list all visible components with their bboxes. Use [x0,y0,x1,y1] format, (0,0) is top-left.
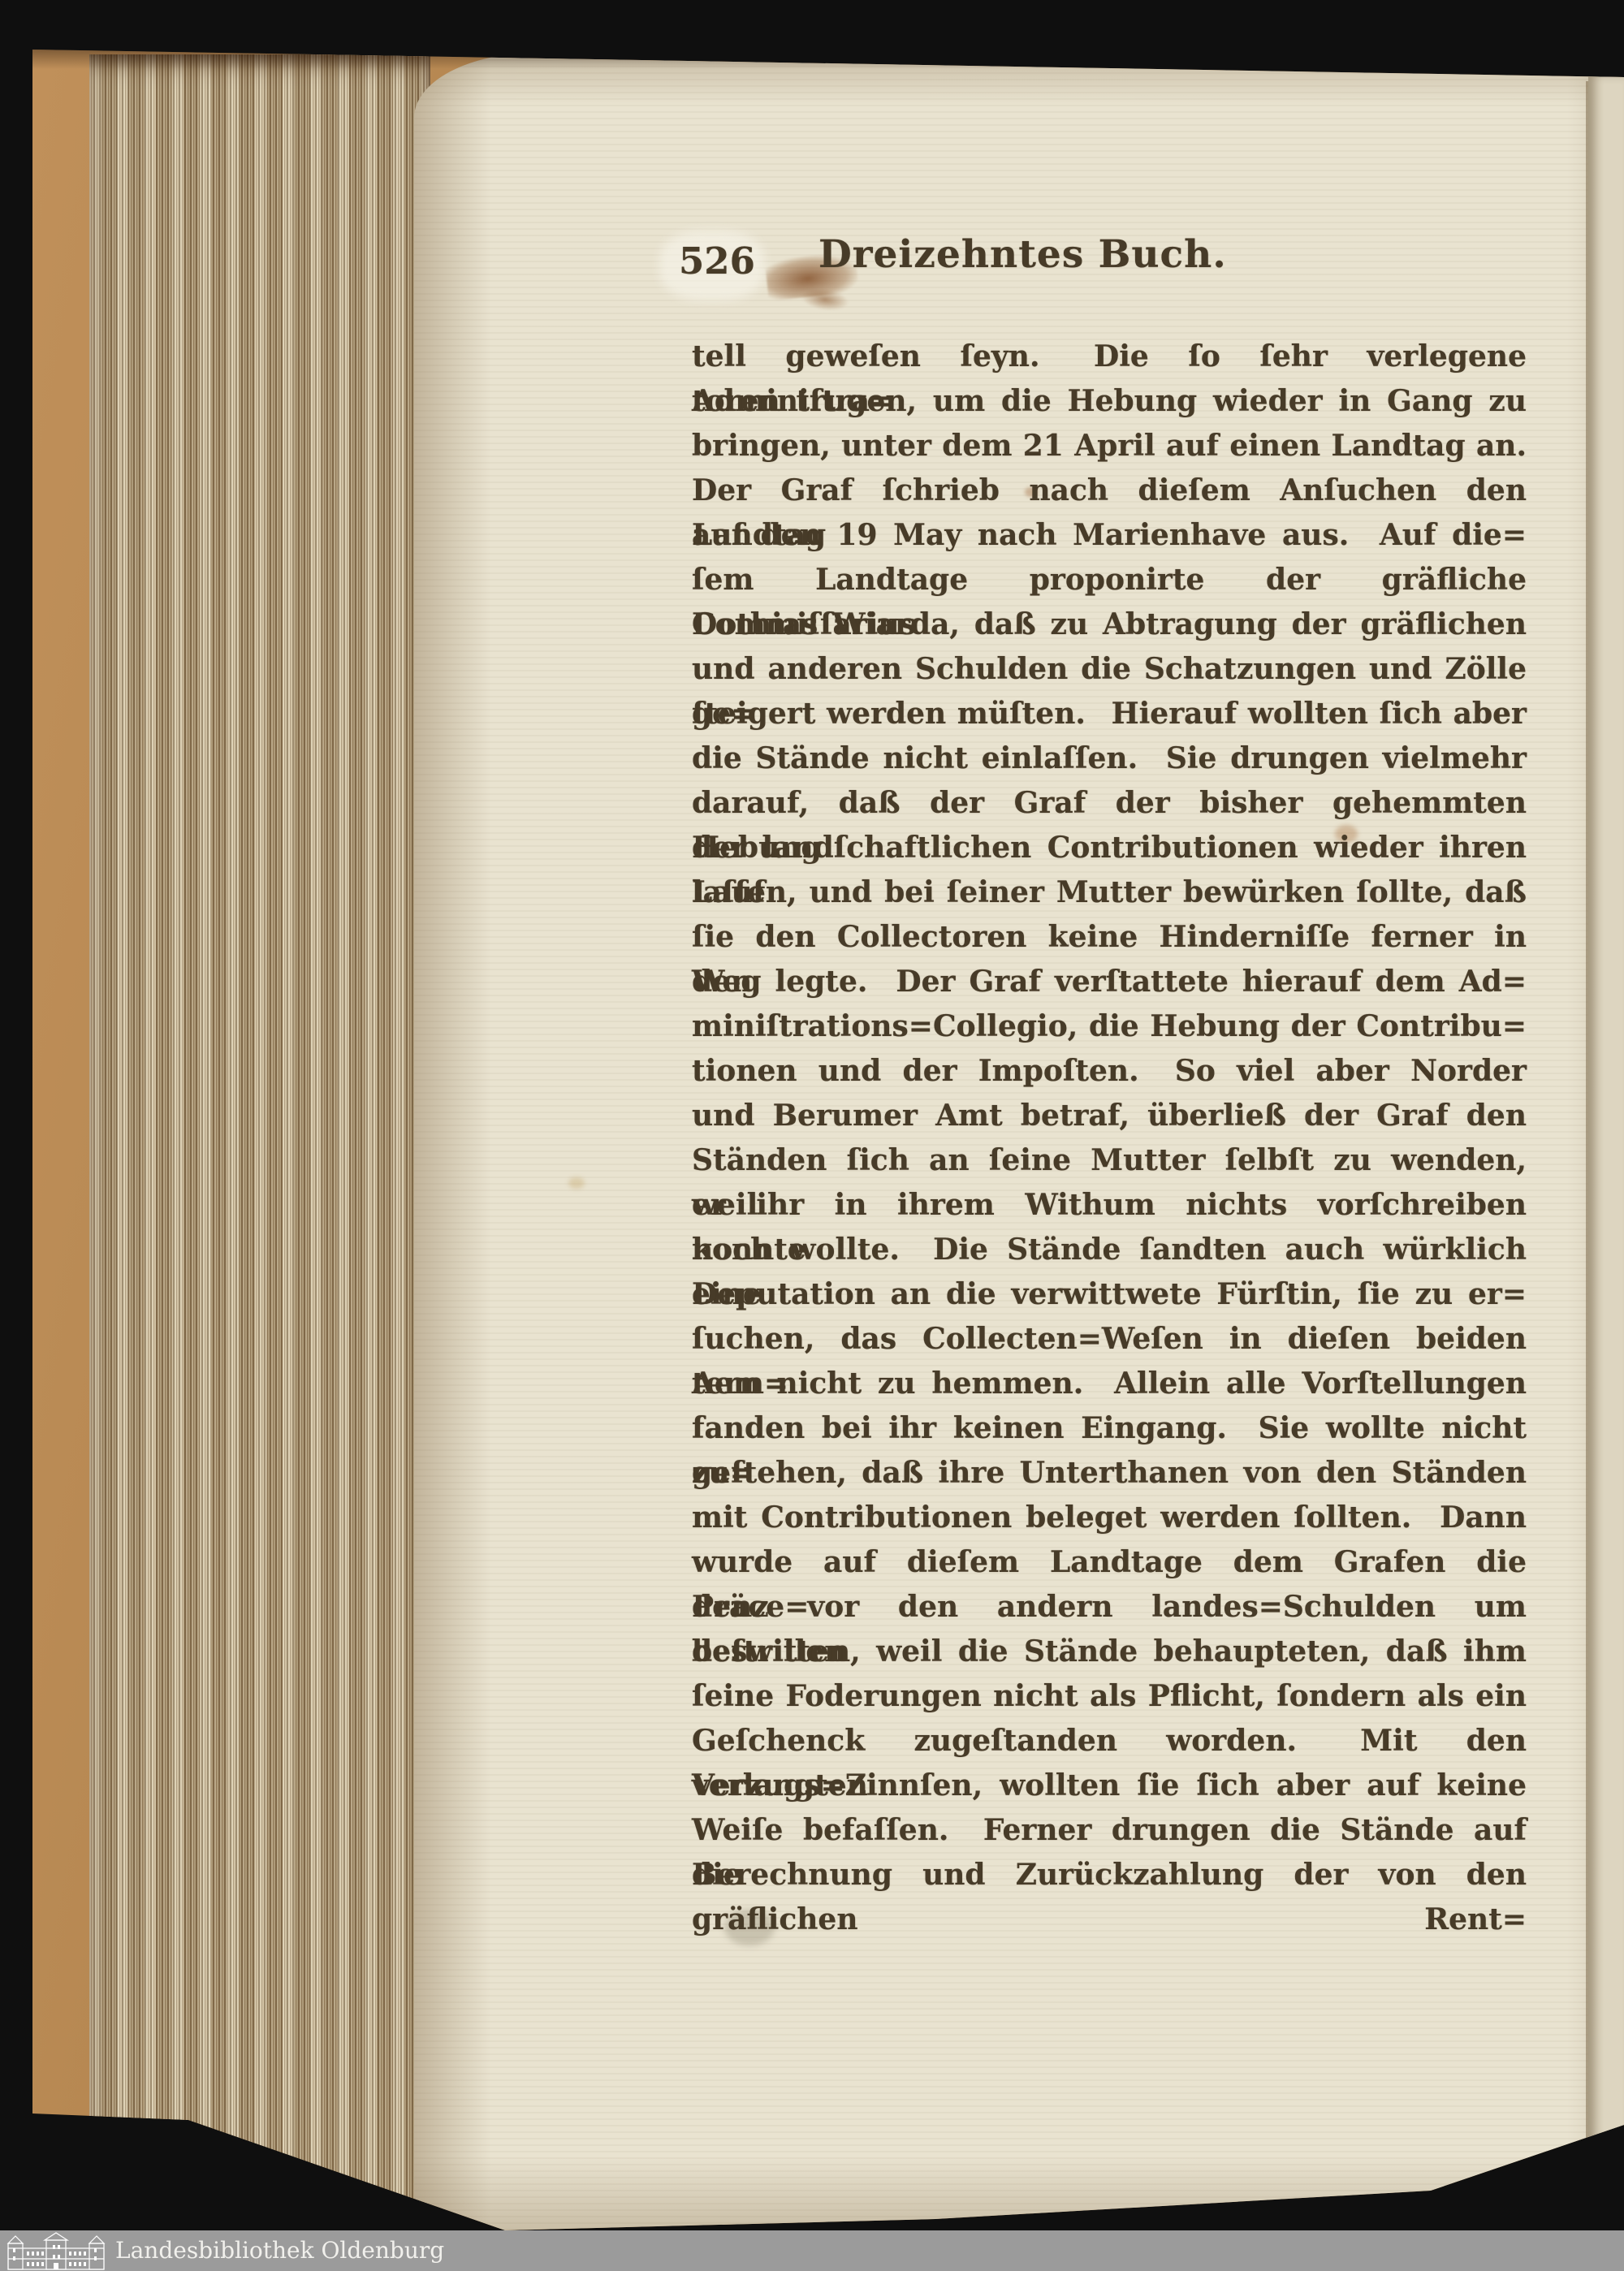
catchword: Rent= [692,1898,1527,1942]
scanned-book-photo: 526 Dreizehntes Buch. tell geweſen ſeyn.… [0,0,1624,2271]
text-line-6: ſem Landtage proponirte der gräfliche Co… [692,558,1527,602]
next-page-edge [1588,76,1624,2233]
text-line-4: Der Graf ſchrieb nach dieſem Anſuchen de… [692,468,1527,513]
text-line-12: der landſchaftlichen Contributionen wied… [692,826,1527,870]
text-line-15: Weg legte. Der Graf verſtattete hierauf … [692,960,1527,1004]
text-line-17: tionen und der Impoſten. So viel aber No… [692,1049,1527,1094]
text-line-25: fanden bei ihr keinen Eingang. Sie wollt… [692,1406,1527,1451]
text-line-23: ſuchen, das Collecten=Weſen in dieſen be… [692,1317,1527,1362]
text-line-35: Berechnung und Zurückzahlung der von den… [692,1853,1527,1898]
text-line-32: Geſchenck zugeſtanden worden. Mit den ve… [692,1719,1527,1764]
text-line-1: tell geweſen ſeyn. Die ſo ſehr verlegene… [692,335,1527,379]
text-line-2: toren trugen, um die Hebung wieder in Ga… [692,379,1527,424]
page-fore-edge [89,54,430,2233]
text-line-20: er ihr in ihrem Withum nichts vorſchreib… [692,1183,1527,1228]
library-name: Landesbibliothek Oldenburg [115,2230,444,2271]
text-line-21: noch wollte. Die Stände ſandten auch wür… [692,1228,1527,1272]
text-line-9: ſteigert werden müſten. Hierauf wollten … [692,692,1527,736]
text-line-33: Verzugs=Zinnſen, wollten ſie ſich aber a… [692,1764,1527,1808]
library-logo-icon [6,2232,106,2270]
text-line-8: und anderen Schulden die Schatzungen und… [692,647,1527,692]
text-line-19: Ständen ſich an ſeine Mutter ſelbſt zu w… [692,1138,1527,1183]
text-line-28: wurde auf dieſem Landtage dem Grafen die… [692,1540,1527,1585]
page-number: 526 [679,240,755,283]
text-line-13: laſſen, und bei ſeiner Mutter bewürken ſ… [692,870,1527,915]
text-line-26: geſtehen, daß ihre Unterthanen von den S… [692,1451,1527,1496]
text-line-22: Deputation an die verwittwete Fürſtin, ſ… [692,1272,1527,1317]
text-line-30: beſtritten, weil die Stände behaupteten,… [692,1630,1527,1674]
body-text: tell geweſen ſeyn. Die ſo ſehr verlegene… [692,335,1527,1898]
text-line-16: miniſtrations=Collegio, die Hebung der C… [692,1004,1527,1049]
text-line-24: tern nicht zu hemmen. Allein alle Vorſte… [692,1362,1527,1406]
paper-stain [568,1177,585,1189]
text-line-7: Dothias Wiarda, daß zu Abtragung der grä… [692,602,1527,647]
text-line-3: bringen, unter dem 21 April auf einen La… [692,424,1527,468]
text-line-29: denz vor den andern landes=Schulden um d… [692,1585,1527,1630]
text-line-10: die Stände nicht einlaſſen. Sie drungen … [692,736,1527,781]
text-line-14: ſie den Collectoren keine Hinderniſſe fe… [692,915,1527,960]
text-line-18: und Berumer Amt betraf, überließ der Gra… [692,1094,1527,1138]
text-line-5: auf den 19 May nach Marienhave aus. Auf … [692,513,1527,558]
running-title: Dreizehntes Buch. [818,232,1227,277]
text-line-27: mit Contributionen beleget werden ſollte… [692,1496,1527,1540]
text-line-31: ſeine Foderungen nicht als Pflicht, ſond… [692,1674,1527,1719]
text-line-34: Weiſe befaſſen. Ferner drungen die Ständ… [692,1808,1527,1853]
text-line-11: darauf, daß der Graf der bisher gehemmte… [692,781,1527,826]
top-edge-shadow [32,45,1624,69]
